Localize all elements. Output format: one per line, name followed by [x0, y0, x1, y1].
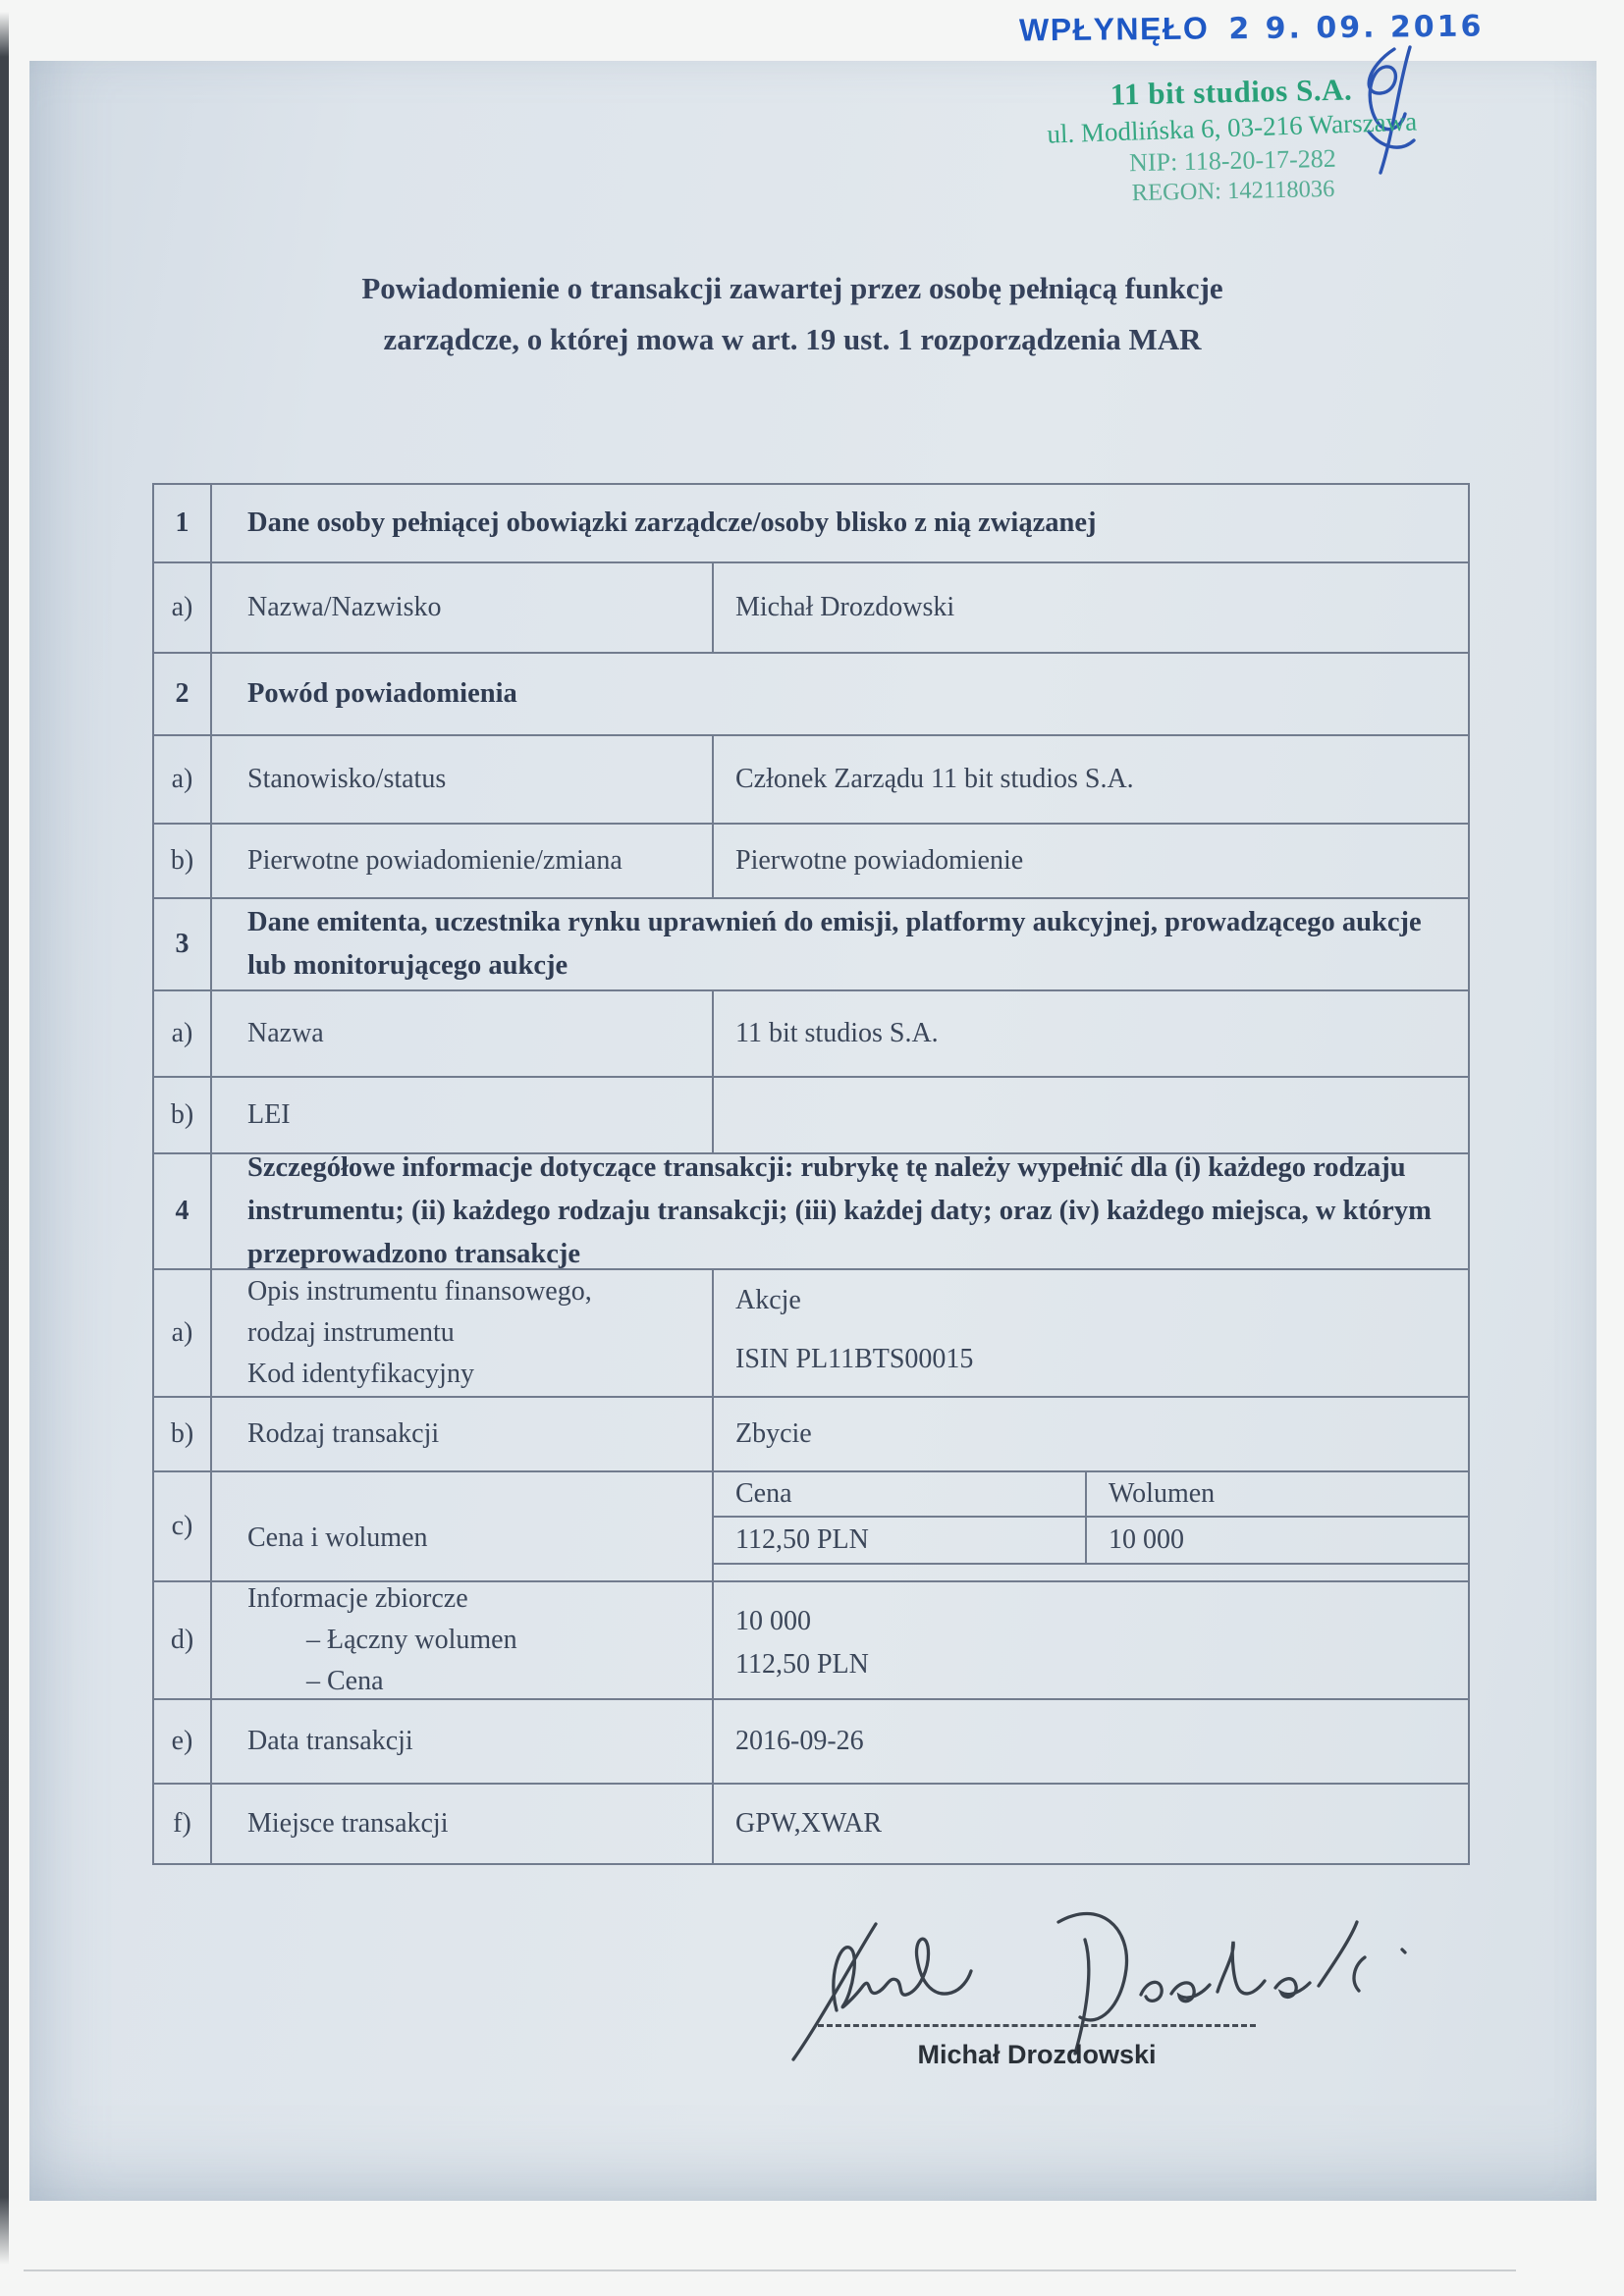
row-2a: a) Stanowisko/status Członek Zarządu 11 …: [154, 736, 1468, 825]
label-line: rodzaj instrumentu: [247, 1312, 455, 1354]
row-4e: e) Data transakcji 2016-09-26: [154, 1700, 1468, 1785]
field-label: Miejsce transakcji: [212, 1785, 714, 1863]
row-letter: a): [154, 991, 212, 1076]
row-4f: f) Miejsce transakcji GPW,XWAR: [154, 1785, 1468, 1863]
instrument-type-value: Akcje: [735, 1282, 801, 1319]
price-value: 112,50 PLN: [714, 1518, 1087, 1563]
company-stamp-nip: NIP: 118-20-17-282: [1001, 143, 1463, 179]
row-4c: c) Cena i wolumen Cena Wolumen 112,50 PL…: [154, 1472, 1468, 1582]
field-value: Michał Drozdowski: [714, 563, 1468, 652]
section-number: 3: [154, 899, 212, 989]
label-line: Informacje zbiorcze: [247, 1578, 468, 1620]
field-label: Nazwa: [212, 991, 714, 1076]
document-title-line1: Powiadomienie o transakcji zawartej prze…: [0, 263, 1585, 314]
field-value-multiline: Akcje ISIN PL11BTS00015: [714, 1270, 1468, 1396]
field-label: Stanowisko/status: [212, 736, 714, 823]
section-header: Powód powiadomienia: [212, 654, 1468, 734]
row-letter: b): [154, 825, 212, 897]
document-title-line2: zarządcze, o której mowa w art. 19 ust. …: [0, 314, 1585, 365]
field-label-multiline: Informacje zbiorcze – Łączny wolumen – C…: [212, 1582, 714, 1698]
signature-dotted-line: [818, 2024, 1256, 2027]
field-label: Nazwa/Nazwisko: [212, 563, 714, 652]
notification-form-table: 1 Dane osoby pełniącej obowiązki zarządc…: [152, 483, 1470, 1865]
signature-block: Michał Drozdowski: [766, 1895, 1453, 2110]
row-letter: b): [154, 1078, 212, 1152]
row-letter: d): [154, 1582, 212, 1698]
row-1a: a) Nazwa/Nazwisko Michał Drozdowski: [154, 563, 1468, 654]
volume-header: Wolumen: [1087, 1472, 1468, 1516]
row-3a: a) Nazwa 11 bit studios S.A.: [154, 991, 1468, 1078]
field-value: GPW,XWAR: [714, 1785, 1468, 1863]
field-label: LEI: [212, 1078, 714, 1152]
received-stamp-label: WPŁYNĘŁO: [1019, 10, 1210, 48]
scanned-document-page: WPŁYNĘŁO 2 9. 09. 2016 11 bit studios S.…: [0, 0, 1624, 2296]
field-value: Zbycie: [714, 1398, 1468, 1470]
field-value-empty: [714, 1078, 1468, 1152]
row-2b: b) Pierwotne powiadomienie/zmiana Pierwo…: [154, 825, 1468, 899]
field-value-multiline: 10 000 112,50 PLN: [714, 1582, 1468, 1698]
subtable-value-row: 112,50 PLN 10 000: [714, 1518, 1468, 1565]
field-value: Pierwotne powiadomienie: [714, 825, 1468, 897]
company-stamp: 11 bit studios S.A. ul. Modlińska 6, 03-…: [1001, 72, 1465, 208]
section-header: Dane osoby pełniącej obowiązki zarządcze…: [212, 485, 1468, 561]
volume-value: 10 000: [1087, 1518, 1468, 1563]
section-number: 1: [154, 485, 212, 561]
row-letter: f): [154, 1785, 212, 1863]
row-letter: a): [154, 563, 212, 652]
price-header: Cena: [714, 1472, 1087, 1516]
section-3-row: 3 Dane emitenta, uczestnika rynku uprawn…: [154, 899, 1468, 991]
row-letter: a): [154, 1270, 212, 1396]
section-2-row: 2 Powód powiadomienia: [154, 654, 1468, 736]
label-sub-item: – Cena: [247, 1661, 384, 1702]
row-4a: a) Opis instrumentu finansowego, rodzaj …: [154, 1270, 1468, 1398]
field-label-multiline: Opis instrumentu finansowego, rodzaj ins…: [212, 1270, 714, 1396]
row-4b: b) Rodzaj transakcji Zbycie: [154, 1398, 1468, 1472]
signature-printed-name: Michał Drozdowski: [818, 2040, 1256, 2070]
section-number: 4: [154, 1154, 212, 1268]
document-title: Powiadomienie o transakcji zawartej prze…: [0, 263, 1585, 365]
section-1-row: 1 Dane osoby pełniącej obowiązki zarządc…: [154, 485, 1468, 563]
row-letter: c): [154, 1472, 212, 1580]
aggregate-volume-value: 10 000: [735, 1600, 811, 1643]
label-line: Kod identyfikacyjny: [247, 1354, 474, 1395]
label-sub-item: – Łączny wolumen: [247, 1620, 517, 1661]
field-value: Członek Zarządu 11 bit studios S.A.: [714, 736, 1468, 823]
field-label: Cena i wolumen: [212, 1472, 714, 1580]
scan-edge-artifact-bottom: [24, 2269, 1516, 2271]
field-label: Data transakcji: [212, 1700, 714, 1783]
section-4-row: 4 Szczegółowe informacje dotyczące trans…: [154, 1154, 1468, 1270]
row-3b: b) LEI: [154, 1078, 1468, 1154]
label-line: Opis instrumentu finansowego,: [247, 1271, 592, 1312]
section-number: 2: [154, 654, 212, 734]
price-volume-subtable: Cena Wolumen 112,50 PLN 10 000: [714, 1472, 1468, 1580]
field-label: Pierwotne powiadomienie/zmiana: [212, 825, 714, 897]
row-4d: d) Informacje zbiorcze – Łączny wolumen …: [154, 1582, 1468, 1700]
section-header: Dane emitenta, uczestnika rynku uprawnie…: [212, 899, 1468, 989]
row-letter: b): [154, 1398, 212, 1470]
row-letter: e): [154, 1700, 212, 1783]
field-label: Rodzaj transakcji: [212, 1398, 714, 1470]
company-stamp-address: ul. Modlińska 6, 03-216 Warszawa: [1001, 107, 1463, 149]
field-value: 2016-09-26: [714, 1700, 1468, 1783]
subtable-header-row: Cena Wolumen: [714, 1472, 1468, 1518]
field-value: 11 bit studios S.A.: [714, 991, 1468, 1076]
section-header: Szczegółowe informacje dotyczące transak…: [212, 1154, 1468, 1268]
row-letter: a): [154, 736, 212, 823]
received-stamp-date: 2 9. 09. 2016: [1228, 10, 1484, 47]
isin-code-value: ISIN PL11BTS00015: [735, 1341, 973, 1378]
aggregate-price-value: 112,50 PLN: [735, 1643, 869, 1686]
